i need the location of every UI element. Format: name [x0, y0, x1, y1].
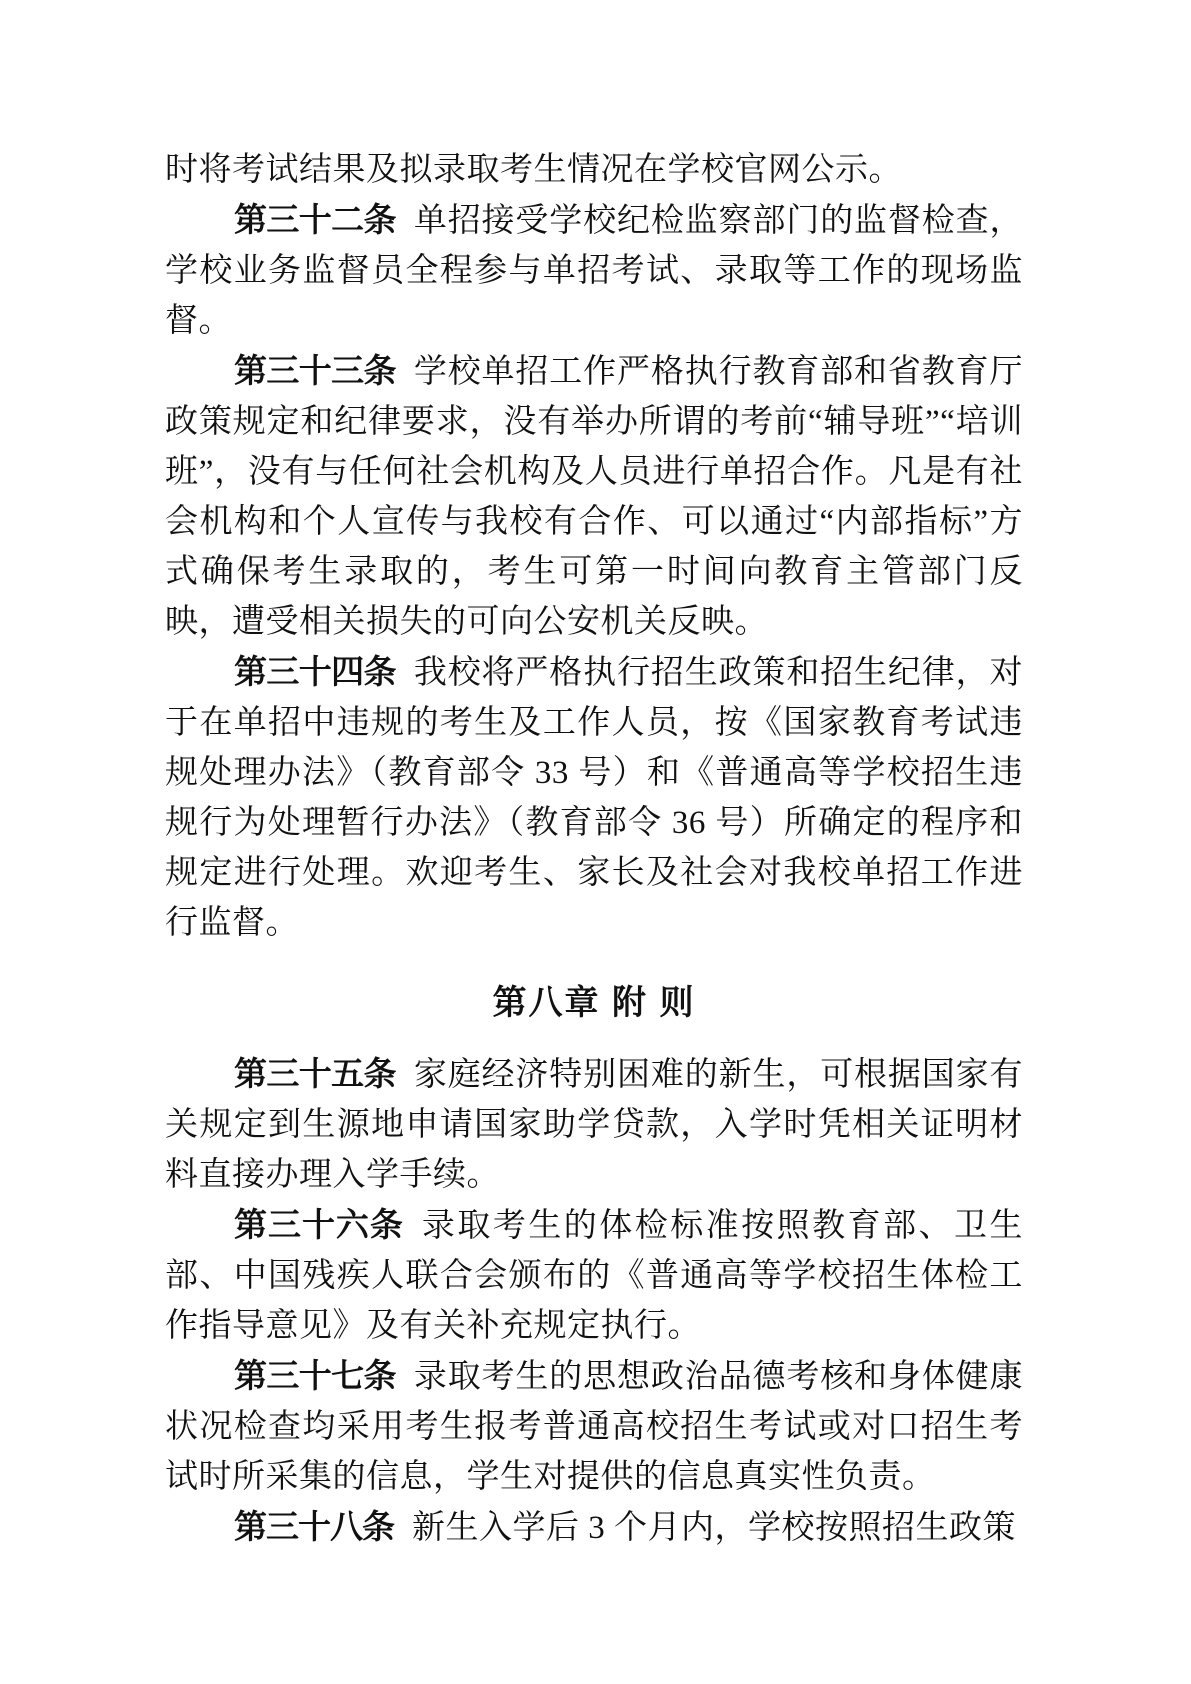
- article-36-label: 第三十六条: [234, 1206, 404, 1243]
- chapter-8-heading: 第八章 附 则: [165, 978, 1023, 1028]
- article-33-text: 学校单招工作严格执行教育部和省教育厅政策规定和纪律要求，没有举办所谓的考前“辅导…: [165, 354, 1023, 640]
- article-32-paragraph: 第三十二条单招接受学校纪检监察部门的监督检查，学校业务监督员全程参与单招考试、录…: [165, 195, 1023, 346]
- article-36-paragraph: 第三十六条录取考生的体检标准按照教育部、卫生部、中国残疾人联合会颁布的《普通高等…: [165, 1200, 1023, 1351]
- article-34-text: 我校将严格执行招生政策和招生纪律，对于在单招中违规的考生及工作人员，按《国家教育…: [165, 655, 1023, 941]
- article-33-label: 第三十三条: [234, 352, 396, 389]
- article-38-label: 第三十八条: [234, 1508, 394, 1545]
- document-page: 时将考试结果及拟录取考生情况在学校官网公示。 第三十二条单招接受学校纪检监察部门…: [0, 0, 1191, 1684]
- paragraph-continuation-text: 时将考试结果及拟录取考生情况在学校官网公示。: [165, 152, 902, 188]
- article-34-paragraph: 第三十四条我校将严格执行招生政策和招生纪律，对于在单招中违规的考生及工作人员，按…: [165, 647, 1023, 948]
- article-38-paragraph: 第三十八条新生入学后 3 个月内，学校按照招生政策: [165, 1502, 1023, 1553]
- article-38-text: 新生入学后 3 个月内，学校按照招生政策: [412, 1510, 1016, 1546]
- article-33-paragraph: 第三十三条学校单招工作严格执行教育部和省教育厅政策规定和纪律要求，没有举办所谓的…: [165, 346, 1023, 647]
- paragraph-continuation: 时将考试结果及拟录取考生情况在学校官网公示。: [165, 145, 1023, 195]
- article-37-paragraph: 第三十七条录取考生的思想政治品德考核和身体健康状况检查均采用考生报考普通高校招生…: [165, 1351, 1023, 1502]
- document-text-block: 时将考试结果及拟录取考生情况在学校官网公示。 第三十二条单招接受学校纪检监察部门…: [165, 145, 1023, 1553]
- article-32-label: 第三十二条: [234, 201, 396, 238]
- article-35-paragraph: 第三十五条家庭经济特别困难的新生，可根据国家有关规定到生源地申请国家助学贷款，入…: [165, 1049, 1023, 1200]
- article-35-label: 第三十五条: [234, 1055, 396, 1092]
- article-34-label: 第三十四条: [234, 653, 396, 690]
- article-37-label: 第三十七条: [234, 1357, 396, 1394]
